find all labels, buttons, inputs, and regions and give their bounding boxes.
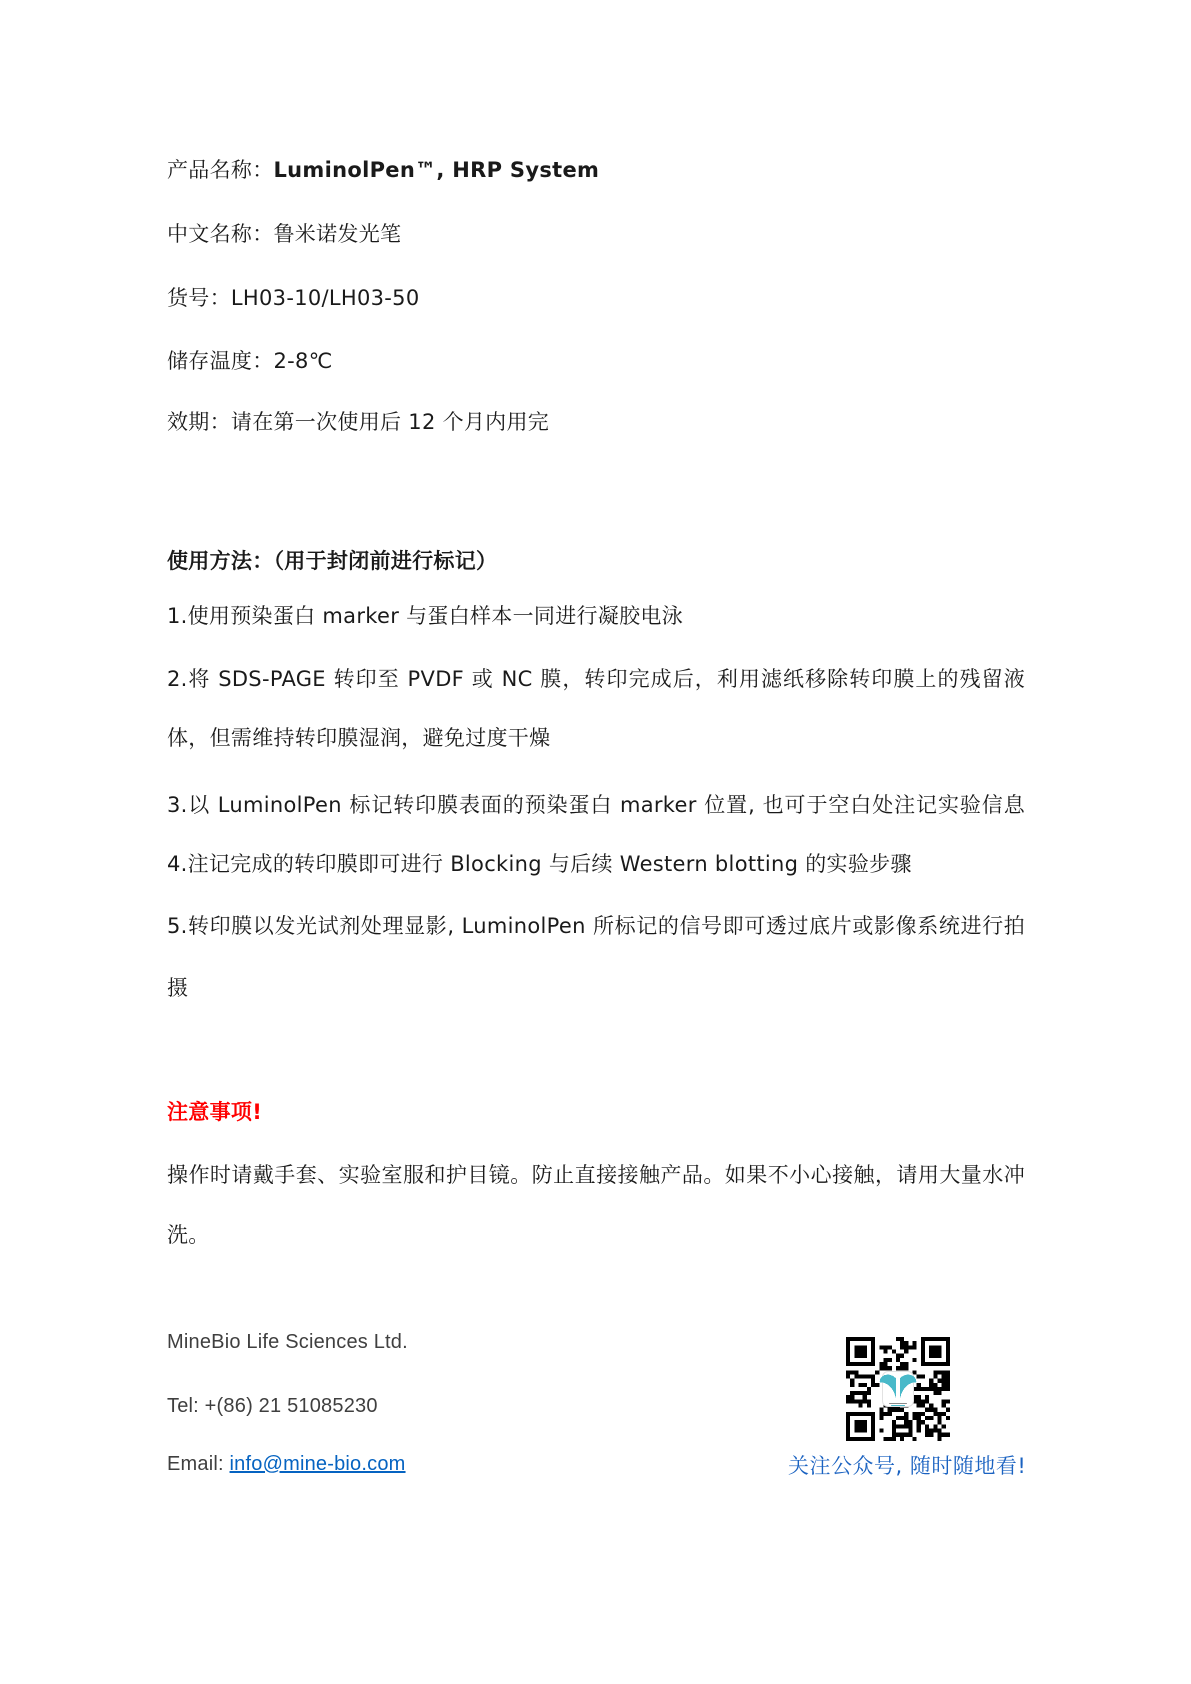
phone-number: Tel: +(86) 21 51085230 xyxy=(167,1395,378,1418)
wechat-qr-code xyxy=(846,1337,950,1441)
field-product-name: 产品名称：LuminolPen™, HRP System xyxy=(167,155,1025,185)
qr-caption: 关注公众号, 随时随地看! xyxy=(788,1450,1026,1480)
notice-line-1: 操作时请戴手套、实验室服和护目镜。防止直接接触产品。如果不小心接触，请用大量水冲 xyxy=(167,1160,1025,1190)
field-value: 鲁米诺发光笔 xyxy=(274,222,402,246)
notice-heading: 注意事项! xyxy=(167,1097,1025,1127)
field-label: 储存温度： xyxy=(167,349,274,373)
email-link[interactable]: info@mine-bio.com xyxy=(230,1453,406,1475)
minebio-wings-icon xyxy=(846,1372,950,1401)
email-line: Email: info@mine-bio.com xyxy=(167,1453,406,1476)
document-page: 产品名称：LuminolPen™, HRP System 中文名称：鲁米诺发光笔… xyxy=(0,0,1191,1684)
field-expiry: 效期：请在第一次使用后 12 个月内用完 xyxy=(167,407,1025,437)
field-value: LuminolPen™, HRP System xyxy=(274,158,600,182)
usage-step-1: 1.使用预染蛋白 marker 与蛋白样本一同进行凝胶电泳 xyxy=(167,601,1025,631)
company-name: MineBio Life Sciences Ltd. xyxy=(167,1331,408,1354)
usage-step-5: 5.转印膜以发光试剂处理显影, LuminolPen 所标记的信号即可透过底片或… xyxy=(167,911,1025,941)
minebio-logo-icon xyxy=(882,1371,914,1407)
field-catalog-number: 货号：LH03-10/LH03-50 xyxy=(167,283,1025,313)
field-value: LH03-10/LH03-50 xyxy=(231,286,420,310)
logo-subtext-bar xyxy=(891,1405,905,1406)
field-label: 中文名称： xyxy=(167,222,274,246)
field-label: 产品名称： xyxy=(167,158,274,182)
usage-step-5-cont: 摄 xyxy=(167,973,1025,1003)
field-value: 2-8℃ xyxy=(274,349,333,373)
usage-step-2-cont: 体，但需维持转印膜湿润，避免过度干燥 xyxy=(167,723,1025,753)
usage-step-4: 4.注记完成的转印膜即可进行 Blocking 与后续 Western blot… xyxy=(167,849,1025,879)
field-label: 效期： xyxy=(167,410,231,434)
email-label: Email: xyxy=(167,1453,230,1475)
field-value: 请在第一次使用后 12 个月内用完 xyxy=(231,410,549,434)
field-storage-temp: 储存温度：2-8℃ xyxy=(167,346,1025,376)
usage-heading: 使用方法：（用于封闭前进行标记） xyxy=(167,546,1025,576)
field-chinese-name: 中文名称：鲁米诺发光笔 xyxy=(167,219,1025,249)
notice-line-2: 洗。 xyxy=(167,1220,1025,1250)
usage-step-3: 3.以 LuminolPen 标记转印膜表面的预染蛋白 marker 位置, 也… xyxy=(167,790,1025,820)
usage-step-2: 2.将 SDS-PAGE 转印至 PVDF 或 NC 膜，转印完成后，利用滤纸移… xyxy=(167,664,1025,694)
logo-text-bar xyxy=(889,1403,907,1404)
field-label: 货号： xyxy=(167,286,231,310)
